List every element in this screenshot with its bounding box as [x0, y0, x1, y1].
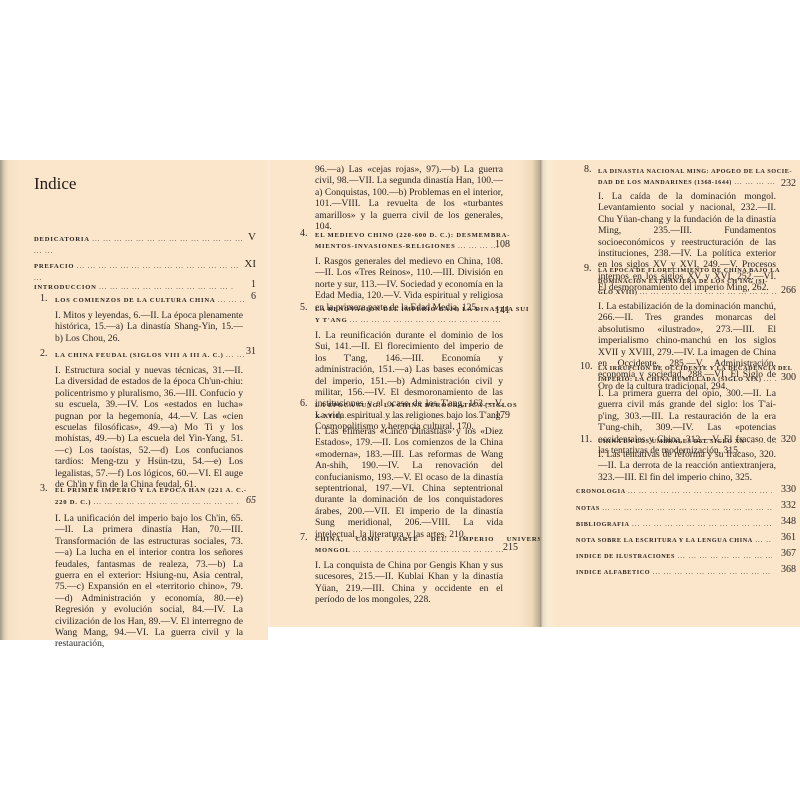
entry-label: PREFACIO [34, 263, 74, 270]
page-number: 368 [776, 564, 796, 575]
page-number: 6 [240, 291, 256, 302]
chapter-title-cont: MIENTOS-INVASIONES-RELIGIONES ... ... ..… [315, 241, 503, 253]
leader-dots: ... ... ... ... ... ... ... ... ... ... … [99, 283, 234, 291]
chapter-title: LA RENOVACION DEL IMPERIO BAJO LA DINAST… [315, 304, 510, 316]
chapter-title-cont: DAD DE LOS MANDARINES (1368-1644) ... ..… [598, 177, 778, 189]
chapter-title-cont: MONGOL ... ... ... ... ... ... ... ... .… [315, 545, 503, 557]
chapter-title: LA EPOCA SUNG: LA CHINA BUROCRATICA (SIG… [315, 400, 510, 412]
chapter-title: LA EPOCA DE FLORECIMIENTO DE CHINA BAJO … [598, 265, 788, 277]
chapter-number: 9. [584, 263, 592, 274]
toc-entry-bibliografia: BIBLIOGRAFIA ... ... ... ... ... ... ...… [576, 519, 772, 531]
entry-label: DEDICATORIA [34, 236, 90, 243]
toc-entry-nota-escritura: NOTA SOBRE LA ESCRITURA Y LA LENGUA CHIN… [576, 535, 772, 547]
chapter-title-cont: Y T'ANG ... ... ... ... ... ... ... ... … [315, 315, 503, 327]
page-number: 330 [776, 484, 796, 495]
chapter-title-cont: IMPERIO: LA CHINA HUMILLADA (SIGLO XIX) … [598, 374, 778, 386]
page-number: 367 [776, 548, 796, 559]
toc-entry-indice-ilustraciones: INDICE DE ILUSTRACIONES ... ... ... ... … [576, 551, 772, 563]
chapter-title-cont: X-XIII) ... ... ... ... ... ... ... ... … [315, 411, 503, 423]
chapter-title: LOS COMIENZOS DE LA CULTURA CHINA ... ..… [55, 295, 245, 307]
toc-entry-introduccion: INTRODUCCION ... ... ... ... ... ... ...… [34, 282, 234, 294]
page-number: 266 [776, 285, 796, 296]
page-number: 1 [240, 279, 256, 290]
chapter-description: I. Mitos y leyendas, 6.—II. La época ple… [55, 310, 243, 344]
chapter-title: CHINA, COMO PARTE DEL IMPERIO UNIVERSAL [315, 534, 503, 546]
page-number: 65 [240, 495, 256, 506]
chapter-number: 3. [40, 483, 48, 494]
chapter-number: 6. [300, 398, 308, 409]
chapter-title: EL MEDIEVO CHINO (220-600 D. C.): DESMEM… [315, 230, 510, 242]
page-number: 232 [776, 178, 796, 189]
page-number: V [240, 231, 256, 243]
page-number: XI [236, 258, 256, 270]
chapter-description-cont: 96.—a) Las «cejas rojas», 97).—b) La gue… [315, 164, 503, 232]
chapter-title-cont: DOMINACION EXTRANJERA DE LOS CH'ING (SI- [598, 276, 788, 288]
chapter-description: I. Estructura social y nuevas técnicas, … [55, 365, 243, 490]
page-middle: 96.—a) Las «cejas rojas», 97).—b) La gue… [268, 160, 540, 627]
chapter-title: EL PRIMER IMPERIO Y LA EPOCA HAN (221 A.… [55, 485, 245, 497]
page-number: 348 [776, 516, 796, 527]
toc-entry-dedicatoria: DEDICATORIA ... ... ... ... ... ... ... … [34, 234, 244, 257]
page-number: 108 [490, 239, 510, 250]
page-number: 179 [490, 410, 510, 421]
page-number: 31 [240, 346, 256, 357]
page-number: 361 [776, 532, 796, 543]
page-left: Indice DEDICATORIA ... ... ... ... ... .… [0, 160, 268, 640]
chapter-number: 2. [40, 348, 48, 359]
toc-entry-notas: NOTAS ... ... ... ... ... ... ... ... ..… [576, 503, 772, 515]
page-number: 300 [776, 372, 796, 383]
chapter-title-cont: 220 D. C.) ... ... ... ... ... ... ... .… [55, 497, 240, 509]
chapter-number: 1. [40, 293, 48, 304]
chapter-description: I. Las efímeras «Cinco Dinastías» y los … [315, 426, 503, 540]
page-title: Indice [34, 174, 76, 194]
chapter-number: 10. [580, 361, 593, 372]
chapter-number: 4. [300, 228, 308, 239]
page-number: 320 [776, 434, 796, 445]
chapter-description: I. La conquista de China por Gengis Khan… [315, 560, 503, 606]
page-right: 8. LA DINASTIA NACIONAL MING: APOGEO DE … [540, 160, 800, 627]
chapter-title: LA CHINA FEUDAL (SIGLOS VIII A III A. C.… [55, 350, 245, 362]
entry-label: INTRODUCCION [34, 284, 97, 291]
page-number: 215 [498, 542, 518, 553]
toc-entry-prefacio: PREFACIO ... ... ... ... ... ... ... ...… [34, 261, 244, 284]
page-number: 141 [490, 305, 510, 316]
chapter-description: I. La unificación del imperio bajo los C… [55, 513, 243, 650]
chapter-number: 7. [300, 532, 308, 543]
chapter-title: LA DINASTIA NACIONAL MING: APOGEO DE LA … [598, 166, 788, 178]
chapter-description: I. Las tentativas de reforma y su fracas… [598, 449, 776, 483]
toc-entry-cronologia: CRONOLOGIA ... ... ... ... ... ... ... .… [576, 486, 772, 498]
toc-entry-indice-alfabetico: INDICE ALFABETICO ... ... ... ... ... ..… [576, 567, 772, 579]
chapter-title: LA IRRUPCION DE OCCIDENTE Y LA DECADENCI… [598, 363, 788, 375]
chapter-number: 5. [300, 302, 308, 313]
page-number: 332 [776, 500, 796, 511]
chapter-number: 11. [580, 434, 592, 445]
chapter-title-cont: GLO XVIII) ... ... ... ... ... ... ... .… [598, 287, 778, 299]
chapter-title: CHINA EN LOS UMBRALES DEL SIGLO XX ... .… [598, 436, 778, 448]
chapter-number: 8. [584, 164, 592, 175]
